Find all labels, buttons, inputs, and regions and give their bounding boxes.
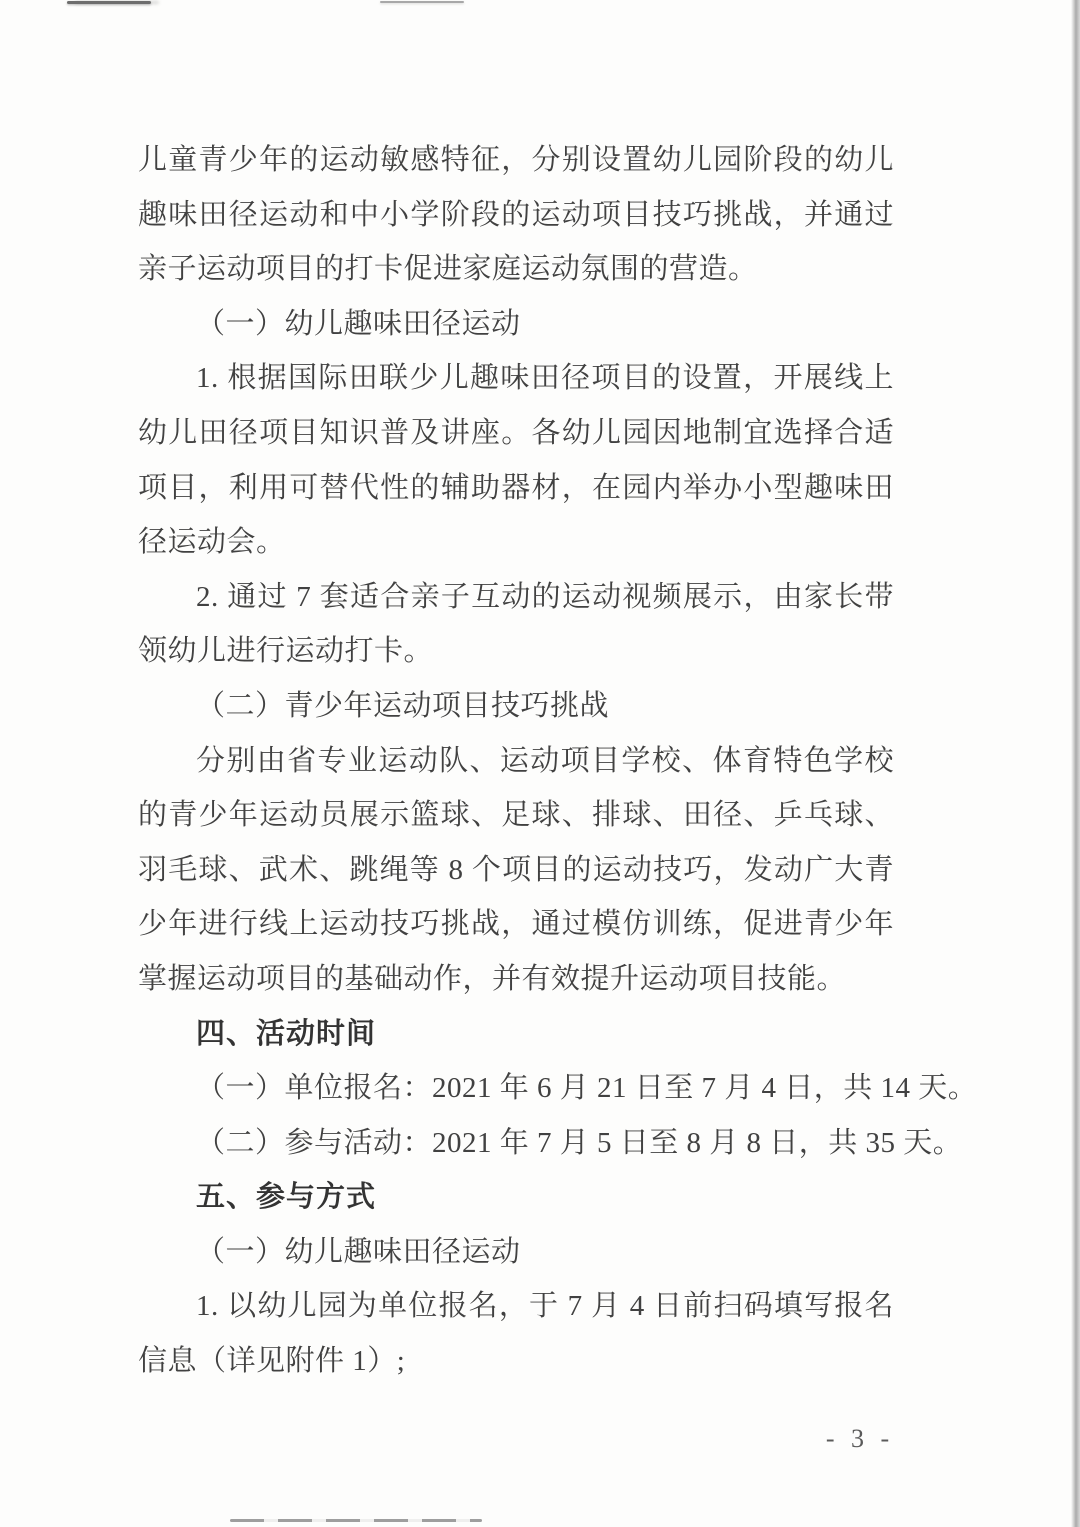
section-heading-activity-time: 四、活动时间 [138,1007,894,1062]
scan-artifact-top-streak-1 [67,1,151,4]
scan-artifact-bottom-streak [230,1519,482,1522]
paragraph-intro-continuation: 儿童青少年的运动敏感特征，分别设置幼儿园阶段的幼儿趣味田径运动和中小学阶段的运动… [138,133,894,297]
paragraph-kindergarten-registration: 1. 以幼儿园为单位报名，于 7 月 4 日前扫码填写报名信息（详见附件 1）; [138,1279,894,1388]
scan-artifact-top-streak-2 [380,1,464,3]
paragraph-item-2-parent-child-videos: 2. 通过 7 套适合亲子互动的运动视频展示，由家长带领幼儿进行运动打卡。 [138,570,894,679]
page-number: - 3 - [790,1424,930,1454]
subheading-toddler-fun-athletics: （一）幼儿趣味田径运动 [138,297,894,352]
subheading-toddler-fun-athletics-2: （一）幼儿趣味田径运动 [138,1225,894,1280]
section-heading-participation-method: 五、参与方式 [138,1170,894,1225]
paragraph-registration-period: （一）单位报名：2021 年 6 月 21 日至 7 月 4 日，共 14 天。 [138,1061,894,1116]
paragraph-participation-period: （二）参与活动：2021 年 7 月 5 日至 8 月 8 日，共 35 天。 [138,1116,894,1171]
scanned-document-page: 儿童青少年的运动敏感特征，分别设置幼儿园阶段的幼儿趣味田径运动和中小学阶段的运动… [0,0,1080,1527]
subheading-youth-sports-skill-challenge: （二）青少年运动项目技巧挑战 [138,679,894,734]
scan-artifact-right-edge-band [1071,0,1080,1527]
paragraph-skill-challenge-detail: 分别由省专业运动队、运动项目学校、体育特色学校的青少年运动员展示篮球、足球、排球… [138,734,894,1007]
paragraph-item-1-athletics-lectures: 1. 根据国际田联少儿趣味田径项目的设置，开展线上幼儿田径项目知识普及讲座。各幼… [138,351,894,569]
document-body: 儿童青少年的运动敏感特征，分别设置幼儿园阶段的幼儿趣味田径运动和中小学阶段的运动… [138,133,894,1389]
